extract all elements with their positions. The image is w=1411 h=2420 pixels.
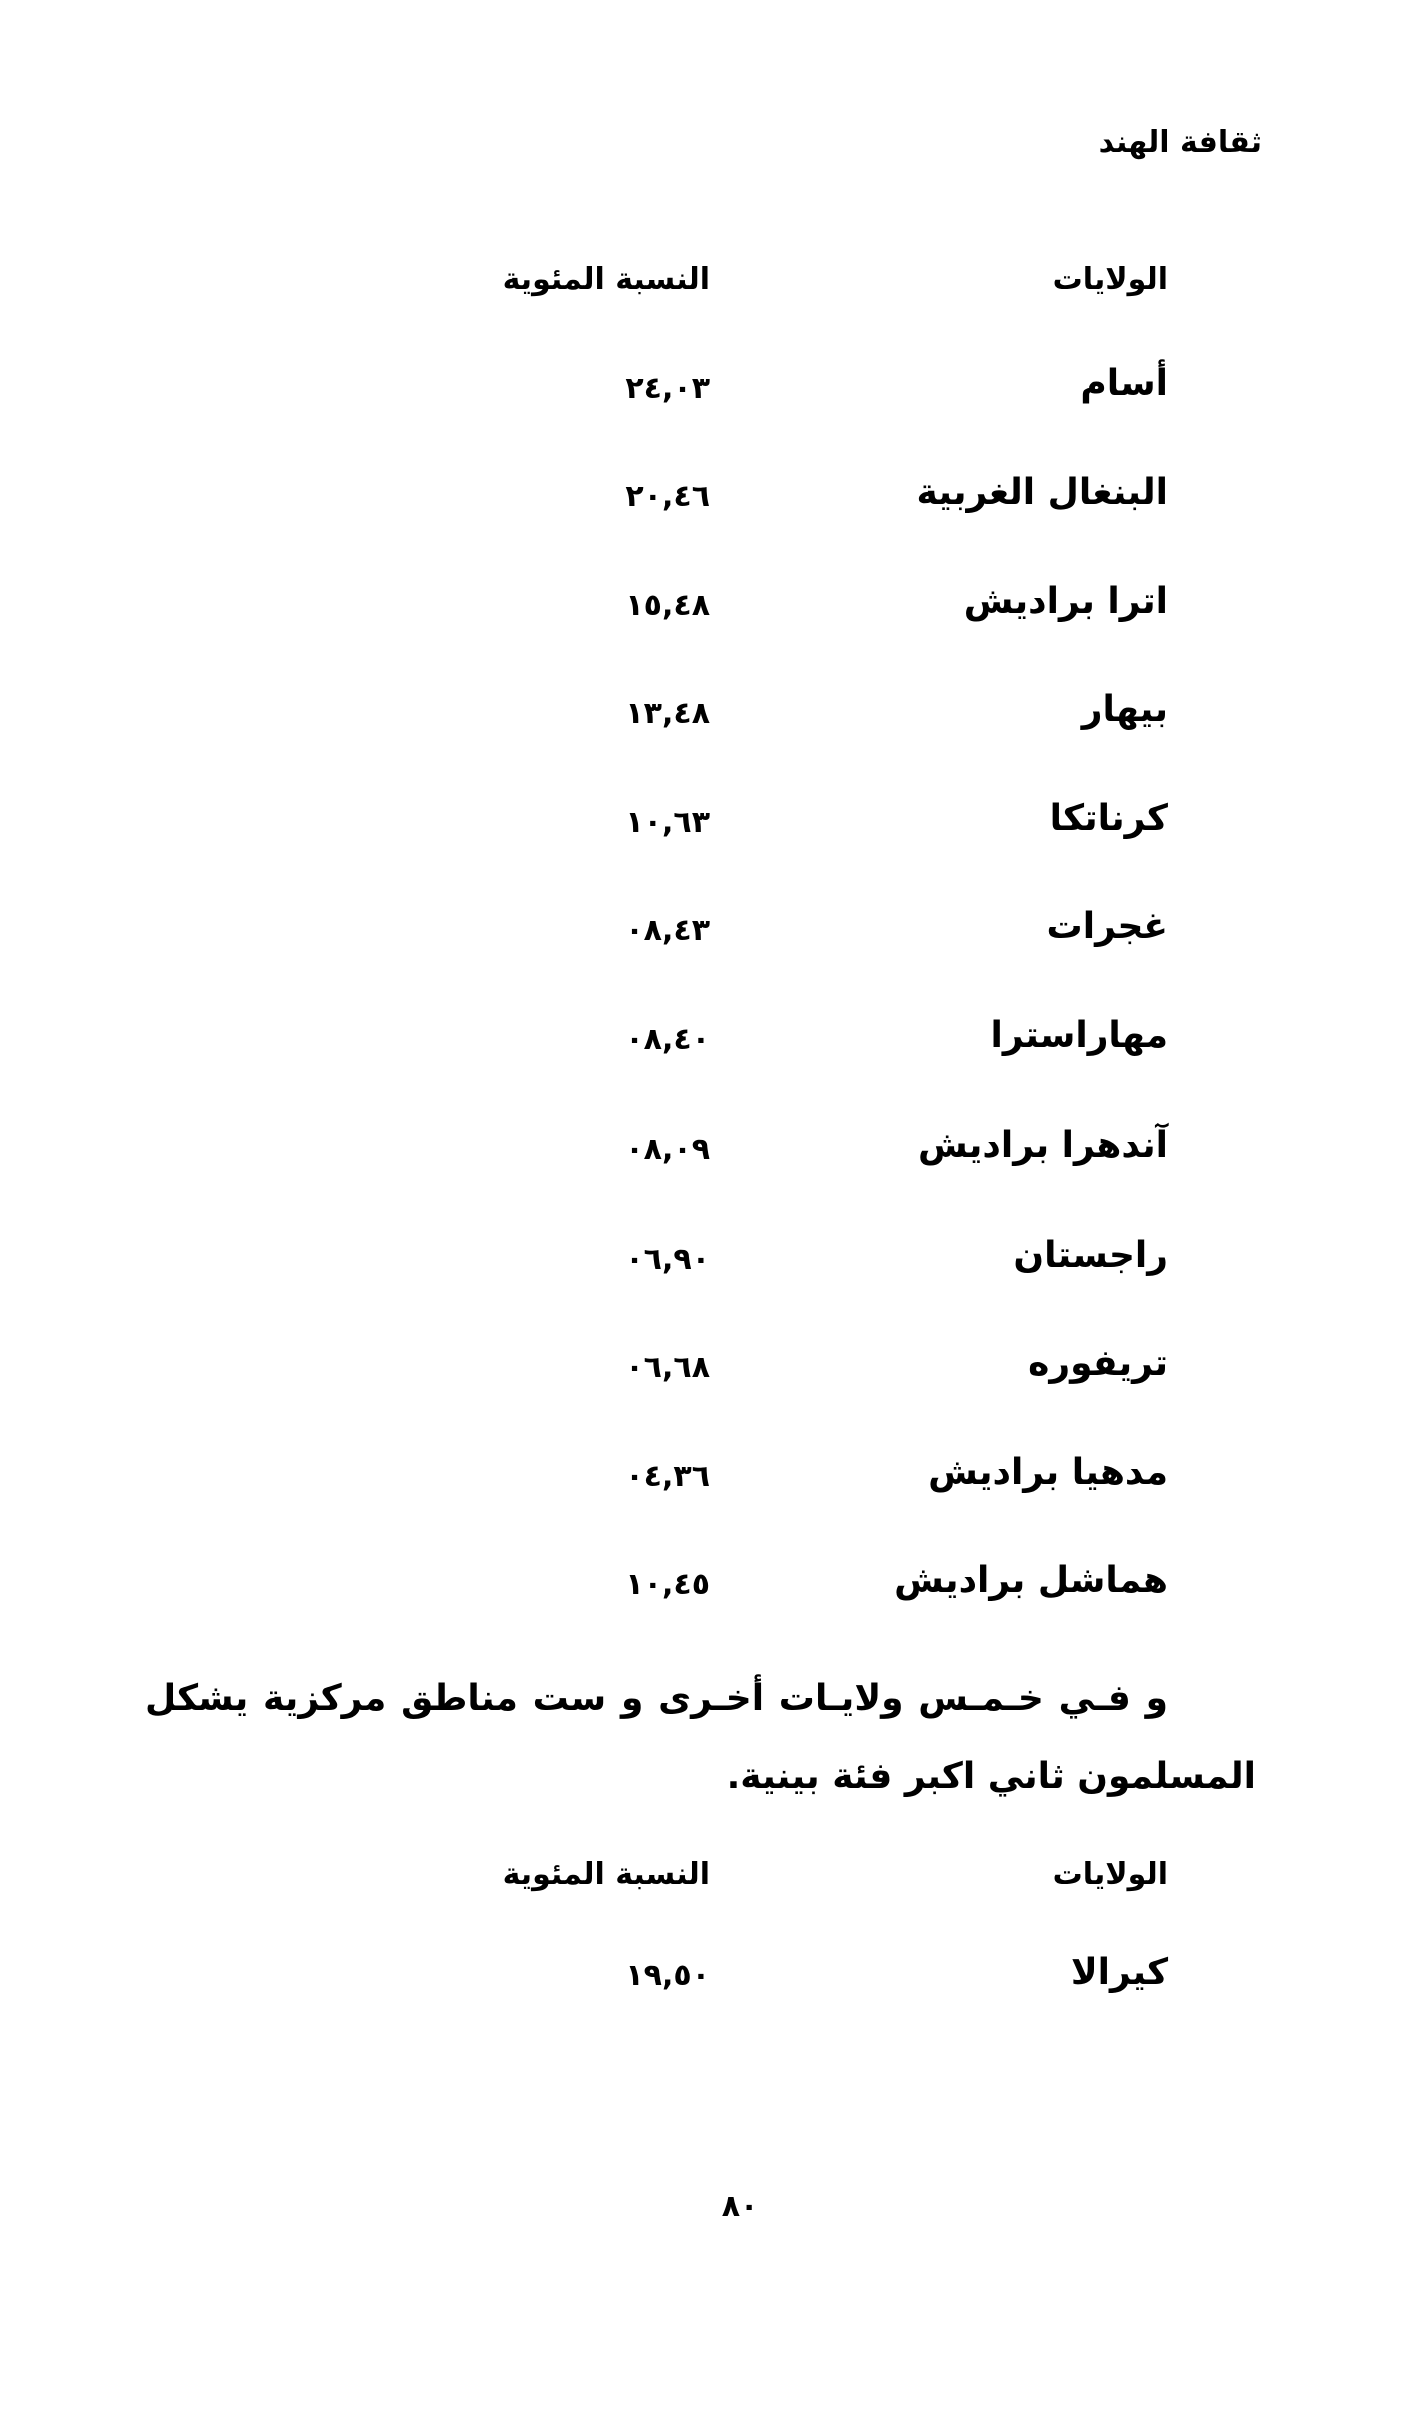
state-name: كيرالا: [1071, 1955, 1168, 1991]
column-header-percentage: النسبة المئوية: [503, 1860, 710, 1890]
percentage-value: ٠٨,٤٠: [625, 1025, 710, 1055]
percentage-value: ٠٦,٦٨: [625, 1353, 710, 1383]
percentage-value: ١٩,٥٠: [625, 1961, 710, 1991]
state-name: البنغال الغربية: [917, 475, 1168, 511]
percentage-value: ١٥,٤٨: [625, 591, 710, 621]
body-paragraph: و فـي خـمـس ولايـات أخـرى و ست مناطق مرك…: [145, 1660, 1256, 1816]
state-name: هماشل براديش: [894, 1563, 1168, 1599]
percentage-value: ٢٠,٤٦: [625, 482, 710, 512]
state-name: مدهيا براديش: [928, 1455, 1168, 1491]
percentage-value: ٠٦,٩٠: [625, 1245, 710, 1275]
percentage-value: ١٣,٤٨: [625, 699, 710, 729]
state-name: كرناتكا: [1050, 801, 1168, 837]
state-name: آندهرا براديش: [918, 1128, 1168, 1164]
running-header: ثقافة الهند: [1099, 128, 1262, 158]
column-header-states: الولايات: [1053, 1860, 1168, 1890]
percentage-value: ٢٤,٠٣: [625, 374, 710, 404]
percentage-value: ٠٤,٣٦: [625, 1462, 710, 1492]
state-name: اترا براديش: [964, 584, 1168, 620]
state-name: بيهار: [1082, 692, 1168, 728]
column-header-states: الولايات: [1053, 265, 1168, 295]
percentage-value: ٠٨,٠٩: [625, 1135, 710, 1165]
percentage-value: ٠٨,٤٣: [625, 916, 710, 946]
percentage-value: ١٠,٤٥: [625, 1570, 710, 1600]
state-name: تريفوره: [1028, 1346, 1168, 1382]
state-name: أسام: [1080, 366, 1168, 402]
column-header-percentage: النسبة المئوية: [503, 265, 710, 295]
state-name: غجرات: [1047, 909, 1168, 945]
percentage-value: ١٠,٦٣: [625, 808, 710, 838]
state-name: راجستان: [1013, 1238, 1168, 1274]
state-name: مهاراسترا: [991, 1018, 1168, 1054]
page-number: ٨٠: [700, 2192, 780, 2222]
